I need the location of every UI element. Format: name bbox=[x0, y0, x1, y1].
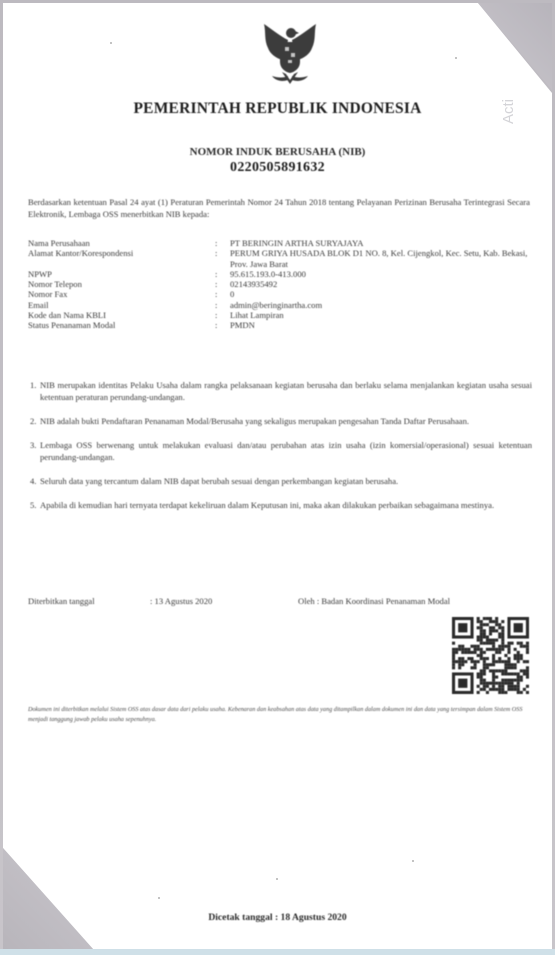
field-label: Status Penanaman Modal bbox=[28, 320, 215, 330]
field-value: PERUM GRIYA HUSADA BLOK D1 NO. 8, Kel. C… bbox=[230, 248, 538, 269]
note-number: 4. bbox=[30, 475, 40, 487]
garuda-emblem-icon bbox=[258, 22, 322, 88]
note-text: NIB adalah bukti Pendaftaran Penanaman M… bbox=[40, 415, 532, 427]
scan-speck bbox=[110, 42, 112, 44]
issuance-line: Diterbitkan tanggal : 13 Agustus 2020 Ol… bbox=[28, 596, 548, 606]
field-label: Nomor Telepon bbox=[28, 279, 215, 289]
field-label: Kode dan Nama KBLI bbox=[28, 310, 215, 320]
field-npwp: NPWP : 95.615.193.0-413.000 bbox=[28, 269, 538, 279]
nib-label: NOMOR INDUK BERUSAHA (NIB) bbox=[0, 146, 555, 158]
field-label: NPWP bbox=[28, 269, 215, 279]
note-number: 1. bbox=[30, 379, 40, 403]
field-value: PMDN bbox=[230, 320, 538, 330]
nib-number: 0220505891632 bbox=[0, 160, 555, 176]
scan-speck bbox=[412, 860, 414, 862]
field-colon: : bbox=[215, 289, 230, 299]
os-activation-watermark: Acti bbox=[500, 99, 517, 124]
bottom-edge bbox=[0, 949, 555, 955]
note-item: 1. NIB merupakan identitas Pelaku Usaha … bbox=[30, 379, 532, 403]
field-kbli: Kode dan Nama KBLI : Lihat Lampiran bbox=[28, 310, 538, 320]
printed-date: Dicetak tanggal : 18 Agustus 2020 bbox=[0, 912, 555, 923]
note-item: 4. Seluruh data yang tercantum dalam NIB… bbox=[30, 475, 532, 487]
field-colon: : bbox=[215, 279, 230, 289]
field-value: 95.615.193.0-413.000 bbox=[230, 269, 538, 279]
field-label: Alamat Kantor/Korespondensi bbox=[28, 248, 215, 269]
field-colon: : bbox=[215, 310, 230, 320]
field-colon: : bbox=[215, 238, 230, 248]
intro-paragraph: Berdasarkan ketentuan Pasal 24 ayat (1) … bbox=[28, 196, 530, 220]
field-label: Email bbox=[28, 300, 215, 310]
note-text: Lembaga OSS berwenang untuk melakukan ev… bbox=[40, 439, 532, 463]
field-value: 02143935492 bbox=[230, 279, 538, 289]
issued-date: : 13 Agustus 2020 bbox=[150, 596, 298, 606]
field-colon: : bbox=[215, 320, 230, 330]
disclaimer-text: Dokumen ini diterbitkan melalui Sistem O… bbox=[28, 705, 533, 725]
field-fax: Nomor Fax : 0 bbox=[28, 289, 538, 299]
field-value: Lihat Lampiran bbox=[230, 310, 538, 320]
scan-speck bbox=[158, 897, 160, 899]
government-title: PEMERINTAH REPUBLIK INDONESIA bbox=[0, 100, 555, 118]
scan-speck bbox=[276, 878, 278, 880]
note-text: Apabila di kemudian hari ternyata terdap… bbox=[40, 499, 532, 511]
scan-speck bbox=[455, 57, 457, 59]
field-colon: : bbox=[215, 269, 230, 279]
field-company-name: Nama Perusahaan : PT BERINGIN ARTHA SURY… bbox=[28, 238, 538, 248]
field-office-address: Alamat Kantor/Korespondensi : PERUM GRIY… bbox=[28, 248, 538, 269]
field-label: Nama Perusahaan bbox=[28, 238, 215, 248]
field-value: PT BERINGIN ARTHA SURYAJAYA bbox=[230, 238, 538, 248]
field-colon: : bbox=[215, 300, 230, 310]
note-item: 3. Lembaga OSS berwenang untuk melakukan… bbox=[30, 439, 532, 463]
field-value: admin@beringinartha.com bbox=[230, 300, 538, 310]
company-details: Nama Perusahaan : PT BERINGIN ARTHA SURY… bbox=[28, 238, 538, 331]
note-number: 3. bbox=[30, 439, 40, 463]
field-phone: Nomor Telepon : 02143935492 bbox=[28, 279, 538, 289]
field-value: 0 bbox=[230, 289, 538, 299]
note-text: Seluruh data yang tercantum dalam NIB da… bbox=[40, 475, 532, 487]
field-investment-status: Status Penanaman Modal : PMDN bbox=[28, 320, 538, 330]
note-item: 2. NIB adalah bukti Pendaftaran Penanama… bbox=[30, 415, 532, 427]
note-text: NIB merupakan identitas Pelaku Usaha dal… bbox=[40, 379, 532, 403]
note-number: 5. bbox=[30, 499, 40, 511]
note-number: 2. bbox=[30, 415, 40, 427]
issued-by: Oleh : Badan Koordinasi Penanaman Modal bbox=[298, 596, 450, 606]
notes-list: 1. NIB merupakan identitas Pelaku Usaha … bbox=[30, 379, 532, 523]
issued-label: Diterbitkan tanggal bbox=[28, 596, 150, 606]
field-label: Nomor Fax bbox=[28, 289, 215, 299]
field-email: Email : admin@beringinartha.com bbox=[28, 300, 538, 310]
field-colon: : bbox=[215, 248, 230, 269]
note-item: 5. Apabila di kemudian hari ternyata ter… bbox=[30, 499, 532, 511]
qr-code-icon bbox=[452, 617, 529, 694]
